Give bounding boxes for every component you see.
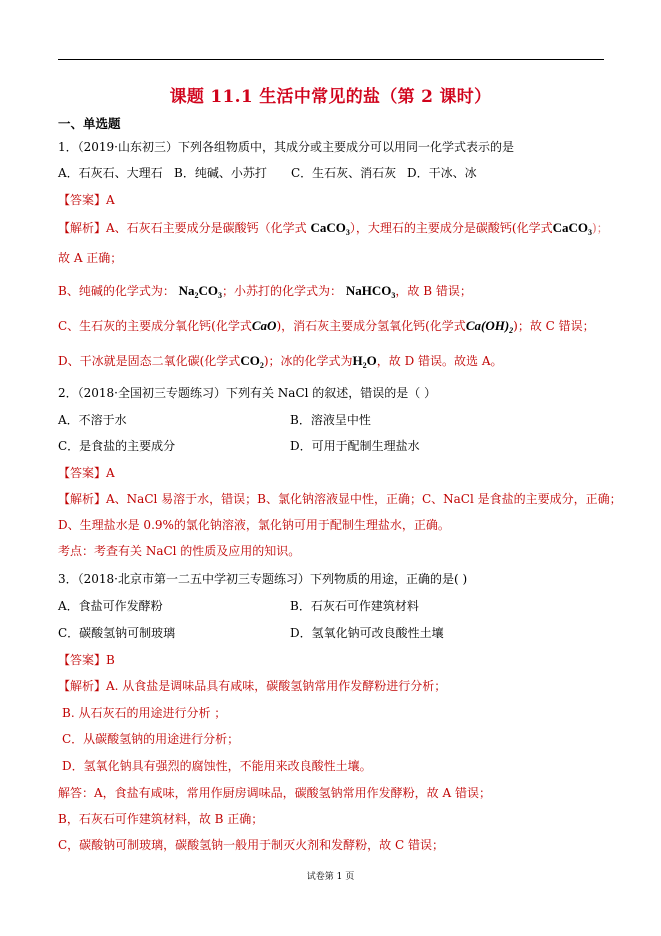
analysis-text: ），大理石的主要成分是碳酸钙(化学式 [350, 221, 553, 235]
q1-analysis-line-1: 【解析】A、石灰石主要成分是碳酸钙（化学式 CaCO3），大理石的主要成分是碳酸… [58, 220, 609, 236]
q1-answer: 【答案】A [58, 192, 115, 208]
q3-analysis-line-1: 【解析】A. 从食盐是调味品具有咸味，碳酸氢钠常用作发酵粉进行分析； [58, 678, 446, 694]
q2-analysis-line-2: D、生理盐水是 0.9%的氯化钠溶液，氯化钠可用于配制生理盐水，正确。 [58, 517, 450, 533]
question-1-stem: 1．（2019·山东初三）下列各组物质中，其成分或主要成分可以用同一化学式表示的… [58, 139, 514, 155]
q2-option-c: C．是食盐的主要成分 [58, 438, 175, 454]
question-3-stem: 3．（2018·北京市第一二五中学初三专题练习）下列物质的用途，正确的是( ) [58, 571, 467, 587]
q2-option-b: B．溶液呈中性 [290, 412, 371, 428]
analysis-text: )，消石灰主要成分氢氧化钙(化学式 [276, 319, 465, 333]
q2-answer: 【答案】A [58, 465, 115, 481]
q3-solution-line-3: C，碳酸钠可制玻璃，碳酸氢钠一般用于制灭火剂和发酵粉，故 C 错误； [58, 837, 444, 853]
q3-analysis-line-3: C．从碳酸氢钠的用途进行分析； [62, 731, 239, 747]
q3-option-d: D．氢氧化钠可改良酸性土壤 [290, 625, 444, 641]
q2-option-d: D．可用于配制生理盐水 [290, 438, 420, 454]
analysis-text: )； [592, 221, 609, 235]
q1-analysis-line-5: D、干冰就是固态二氧化碳(化学式CO2)；冰的化学式为H2O，故 D 错误。故选… [58, 353, 502, 369]
formula-na2co3: Na2CO3 [179, 283, 222, 298]
analysis-text: ，故 B 错误； [395, 284, 471, 298]
q1-option-c: C．生石灰、消石灰 [291, 165, 396, 181]
formula-cao: CaO [252, 318, 277, 333]
analysis-text: C、生石灰的主要成分氧化钙(化学式 [58, 319, 252, 333]
q1-analysis-line-2: 故 A 正确； [58, 250, 122, 266]
q3-answer: 【答案】B [58, 652, 115, 668]
analysis-text: )；冰的化学式为 [264, 354, 353, 368]
q3-solution-line-1: 解答：A，食盐有咸味，常用作厨房调味品，碳酸氢钠常用作发酵粉，故 A 错误； [58, 785, 491, 801]
analysis-text: A、石灰石主要成分是碳酸钙（化学式 [106, 221, 307, 235]
q1-option-b: B．纯碱、小苏打 [174, 165, 267, 181]
formula-caco3: CaCO3 [553, 220, 592, 235]
analysis-text: B、纯碱的化学式为： [58, 284, 175, 298]
q3-option-c: C．碳酸氢钠可制玻璃 [58, 625, 175, 641]
q3-solution-line-2: B，石灰石可作建筑材料，故 B 正确； [58, 811, 263, 827]
q1-option-a: A．石灰石、大理石 [58, 165, 163, 181]
formula-h2o: H2O [353, 353, 377, 368]
section-heading: 一、单选题 [58, 116, 121, 132]
document-page: 课题 11.1 生活中常见的盐（第 2 课时） 一、单选题 1．（2019·山东… [0, 0, 661, 936]
analysis-label: 【解析】 [58, 221, 106, 235]
q3-option-b: B．石灰石可作建筑材料 [290, 598, 419, 614]
formula-co2: CO2 [240, 353, 264, 368]
formula-caco3: CaCO3 [311, 220, 350, 235]
analysis-text: )；故 C 错误； [513, 319, 595, 333]
page-title: 课题 11.1 生活中常见的盐（第 2 课时） [0, 86, 661, 108]
question-2-stem: 2．（2018·全国初三专题练习）下列有关 NaCl 的叙述，错误的是（ ） [58, 385, 436, 401]
analysis-text: ，故 D 错误。故选 A。 [377, 354, 503, 368]
analysis-text: ；小苏打的化学式为： [222, 284, 342, 298]
q3-analysis-line-2: B. 从石灰石的用途进行分析 ； [62, 705, 226, 721]
q1-option-d: D．干冰、冰 [407, 165, 477, 181]
q1-analysis-line-4: C、生石灰的主要成分氧化钙(化学式CaO)，消石灰主要成分氢氧化钙(化学式Ca(… [58, 318, 595, 334]
q3-analysis-line-4: D．氢氧化钠具有强烈的腐蚀性，不能用来改良酸性土壤。 [62, 758, 372, 774]
q2-knowledge-point: 考点：考查有关 NaCl 的性质及应用的知识。 [58, 543, 300, 559]
formula-nahco3: NaHCO3 [346, 283, 396, 298]
header-rule [58, 59, 604, 60]
q2-option-a: A．不溶于水 [58, 412, 127, 428]
analysis-text: D、干冰就是固态二氧化碳(化学式 [58, 354, 240, 368]
q1-analysis-line-3: B、纯碱的化学式为： Na2CO3；小苏打的化学式为： NaHCO3，故 B 错… [58, 283, 472, 299]
formula-caoh2: Ca(OH)2 [466, 318, 513, 333]
q3-option-a: A．食盐可作发酵粉 [58, 598, 163, 614]
page-footer: 试卷第 1 页 [0, 869, 661, 882]
q2-analysis-line-1: 【解析】A、NaCl 易溶于水，错误；B、氯化钠溶液显中性，正确；C、NaCl … [58, 491, 622, 507]
